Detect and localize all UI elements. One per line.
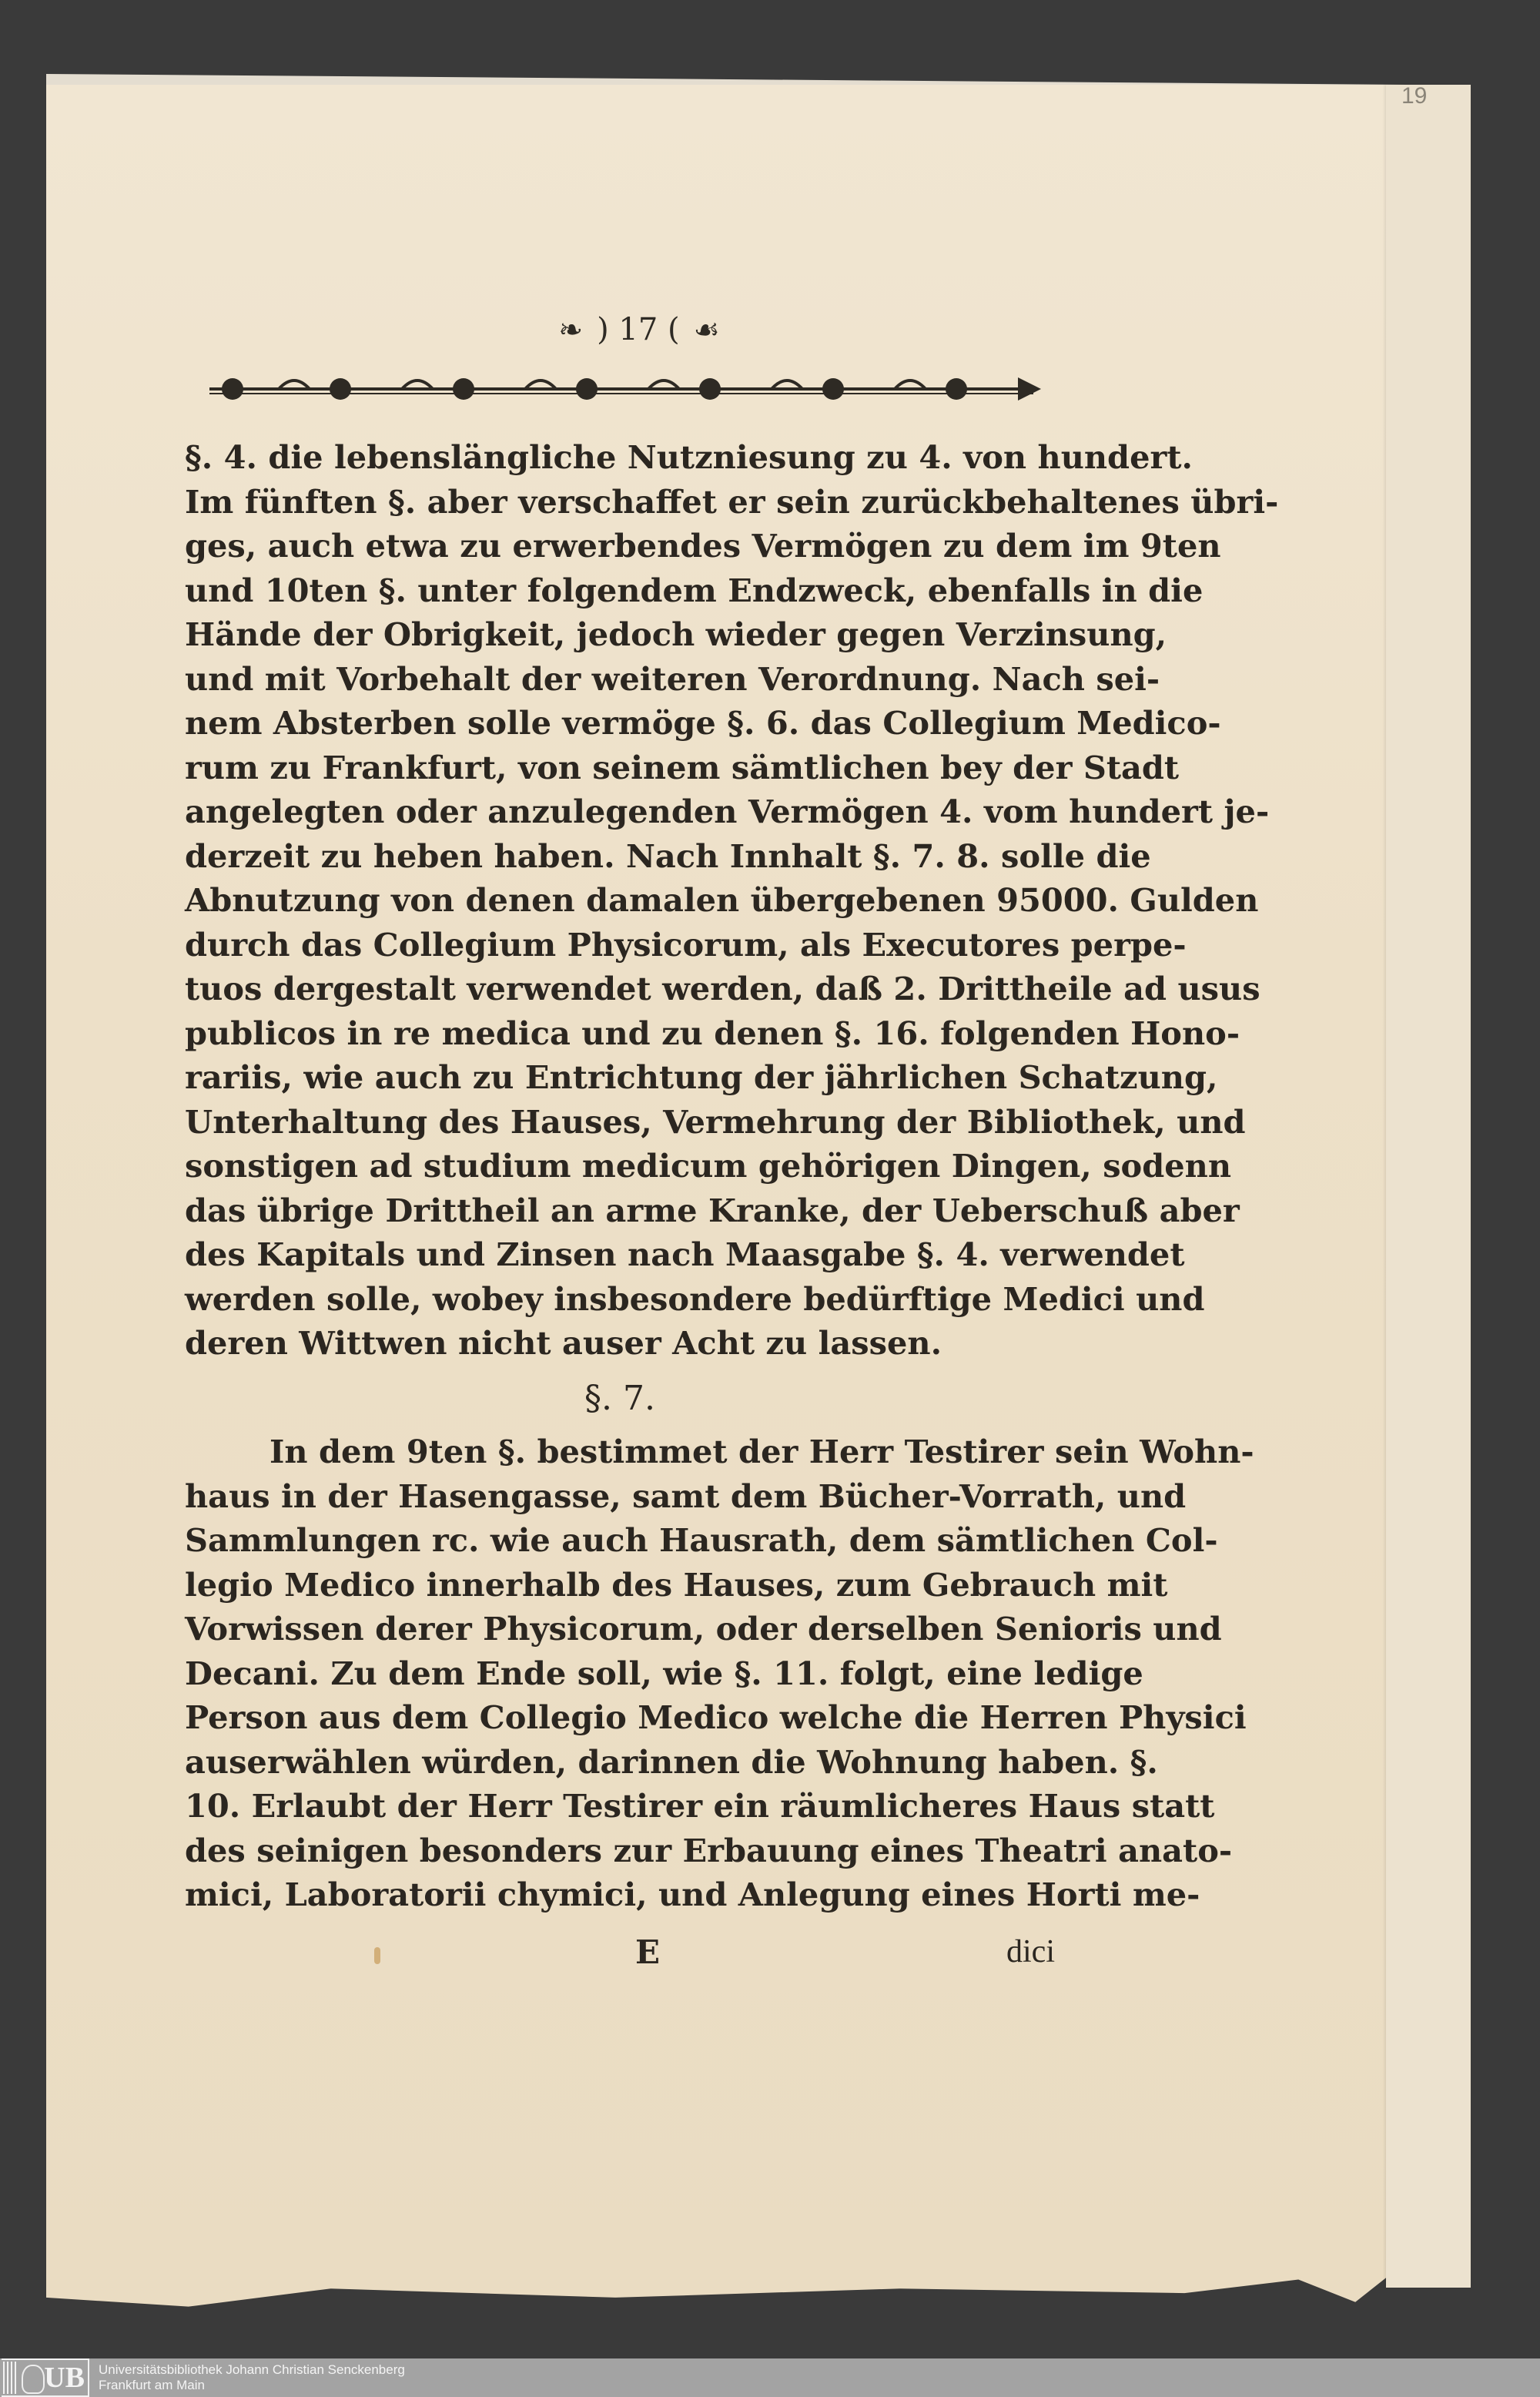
text-line: Unterhaltung des Hauses, Vermehrung der … xyxy=(185,1100,1055,1145)
text-line: derzeit zu heben haben. Nach Innhalt §. … xyxy=(185,834,1055,879)
text-line: Person aus dem Collegio Medico welche di… xyxy=(185,1695,1055,1740)
text-line: §. 4. die lebenslängliche Nutzniesung zu… xyxy=(185,435,1055,480)
ub-logo-icon: UB xyxy=(2,2358,89,2397)
text-line: In dem 9ten §. bestimmet der Herr Testir… xyxy=(185,1430,1055,1474)
page-foot: E dici xyxy=(185,1933,1055,1980)
text-line: auserwählen würden, darinnen die Wohnung… xyxy=(185,1740,1055,1785)
text-line: Hände der Obrigkeit, jedoch wieder gegen… xyxy=(185,612,1055,657)
text-line: Decani. Zu dem Ende soll, wie §. 11. fol… xyxy=(185,1651,1055,1696)
page-number: ) 17 ( xyxy=(597,312,680,347)
text-line: des seinigen besonders zur Erbauung eine… xyxy=(185,1829,1055,1873)
text-line: deren Wittwen nicht auser Acht zu lassen… xyxy=(185,1321,1055,1366)
text-line: durch das Collegium Physicorum, als Exec… xyxy=(185,923,1055,967)
text-line: Im fünften §. aber verschaffet er sein z… xyxy=(185,480,1055,525)
text-line: Sammlungen rc. wie auch Hausrath, dem sä… xyxy=(185,1518,1055,1563)
left-fleuron-icon: ❧ xyxy=(558,313,583,347)
paper-stain xyxy=(374,1947,380,1964)
text-line: rariis, wie auch zu Entrichtung der jähr… xyxy=(185,1055,1055,1100)
text-line: das übrige Drittheil an arme Kranke, der… xyxy=(185,1188,1055,1233)
text-line: rum zu Frankfurt, von seinem sämtlichen … xyxy=(185,746,1055,790)
text-line: mici, Laboratorii chymici, und Anlegung … xyxy=(185,1872,1055,1917)
logo-portrait-icon xyxy=(22,2365,45,2394)
institution-name: Universitätsbibliothek Johann Christian … xyxy=(99,2362,405,2393)
library-footer-bar: UB Universitätsbibliothek Johann Christi… xyxy=(0,2358,1540,2397)
institution-line-2: Frankfurt am Main xyxy=(99,2378,405,2393)
institution-line-1: Universitätsbibliothek Johann Christian … xyxy=(99,2362,405,2378)
text-line: angelegten oder anzulegenden Vermögen 4.… xyxy=(185,790,1055,834)
pencil-folio-number: 19 xyxy=(1401,83,1427,109)
section-heading: §. 7. xyxy=(185,1376,1055,1421)
text-line: Vorwissen derer Physicorum, oder derselb… xyxy=(185,1607,1055,1651)
text-line: und mit Vorbehalt der weiteren Verordnun… xyxy=(185,657,1055,702)
text-line: haus in der Hasengasse, samt dem Bücher-… xyxy=(185,1474,1055,1519)
catchword: dici xyxy=(1006,1933,1055,1970)
text-line: nem Absterben solle vermöge §. 6. das Co… xyxy=(185,701,1055,746)
text-line: publicos in re medica und zu denen §. 16… xyxy=(185,1011,1055,1056)
signature-mark: E xyxy=(635,1933,660,1971)
text-line: Abnutzung von denen damalen übergebenen … xyxy=(185,878,1055,923)
text-line: und 10ten §. unter folgendem Endzweck, e… xyxy=(185,568,1055,613)
running-head: ❧ ) 17 ( ☙ xyxy=(524,307,755,353)
text-line: 10. Erlaubt der Herr Testirer ein räumli… xyxy=(185,1784,1055,1829)
text-line: ges, auch etwa zu erwerbendes Vermögen z… xyxy=(185,524,1055,568)
text-line: werden solle, wobey insbesondere bedürft… xyxy=(185,1277,1055,1322)
text-line: legio Medico innerhalb des Hauses, zum G… xyxy=(185,1563,1055,1607)
logo-columns-icon xyxy=(3,2362,18,2394)
paper-right-edge xyxy=(1386,85,1471,2288)
text-line: des Kapitals und Zinsen nach Maasgabe §.… xyxy=(185,1232,1055,1277)
text-line: sonstigen ad studium medicum gehörigen D… xyxy=(185,1144,1055,1188)
right-fleuron-icon: ☙ xyxy=(694,313,720,347)
floral-ornament-rule-icon xyxy=(202,370,1049,408)
body-text: §. 4. die lebenslängliche Nutzniesung zu… xyxy=(185,435,1055,1917)
text-line: tuos dergestalt verwendet werden, daß 2.… xyxy=(185,967,1055,1011)
logo-text: UB xyxy=(44,2361,85,2395)
